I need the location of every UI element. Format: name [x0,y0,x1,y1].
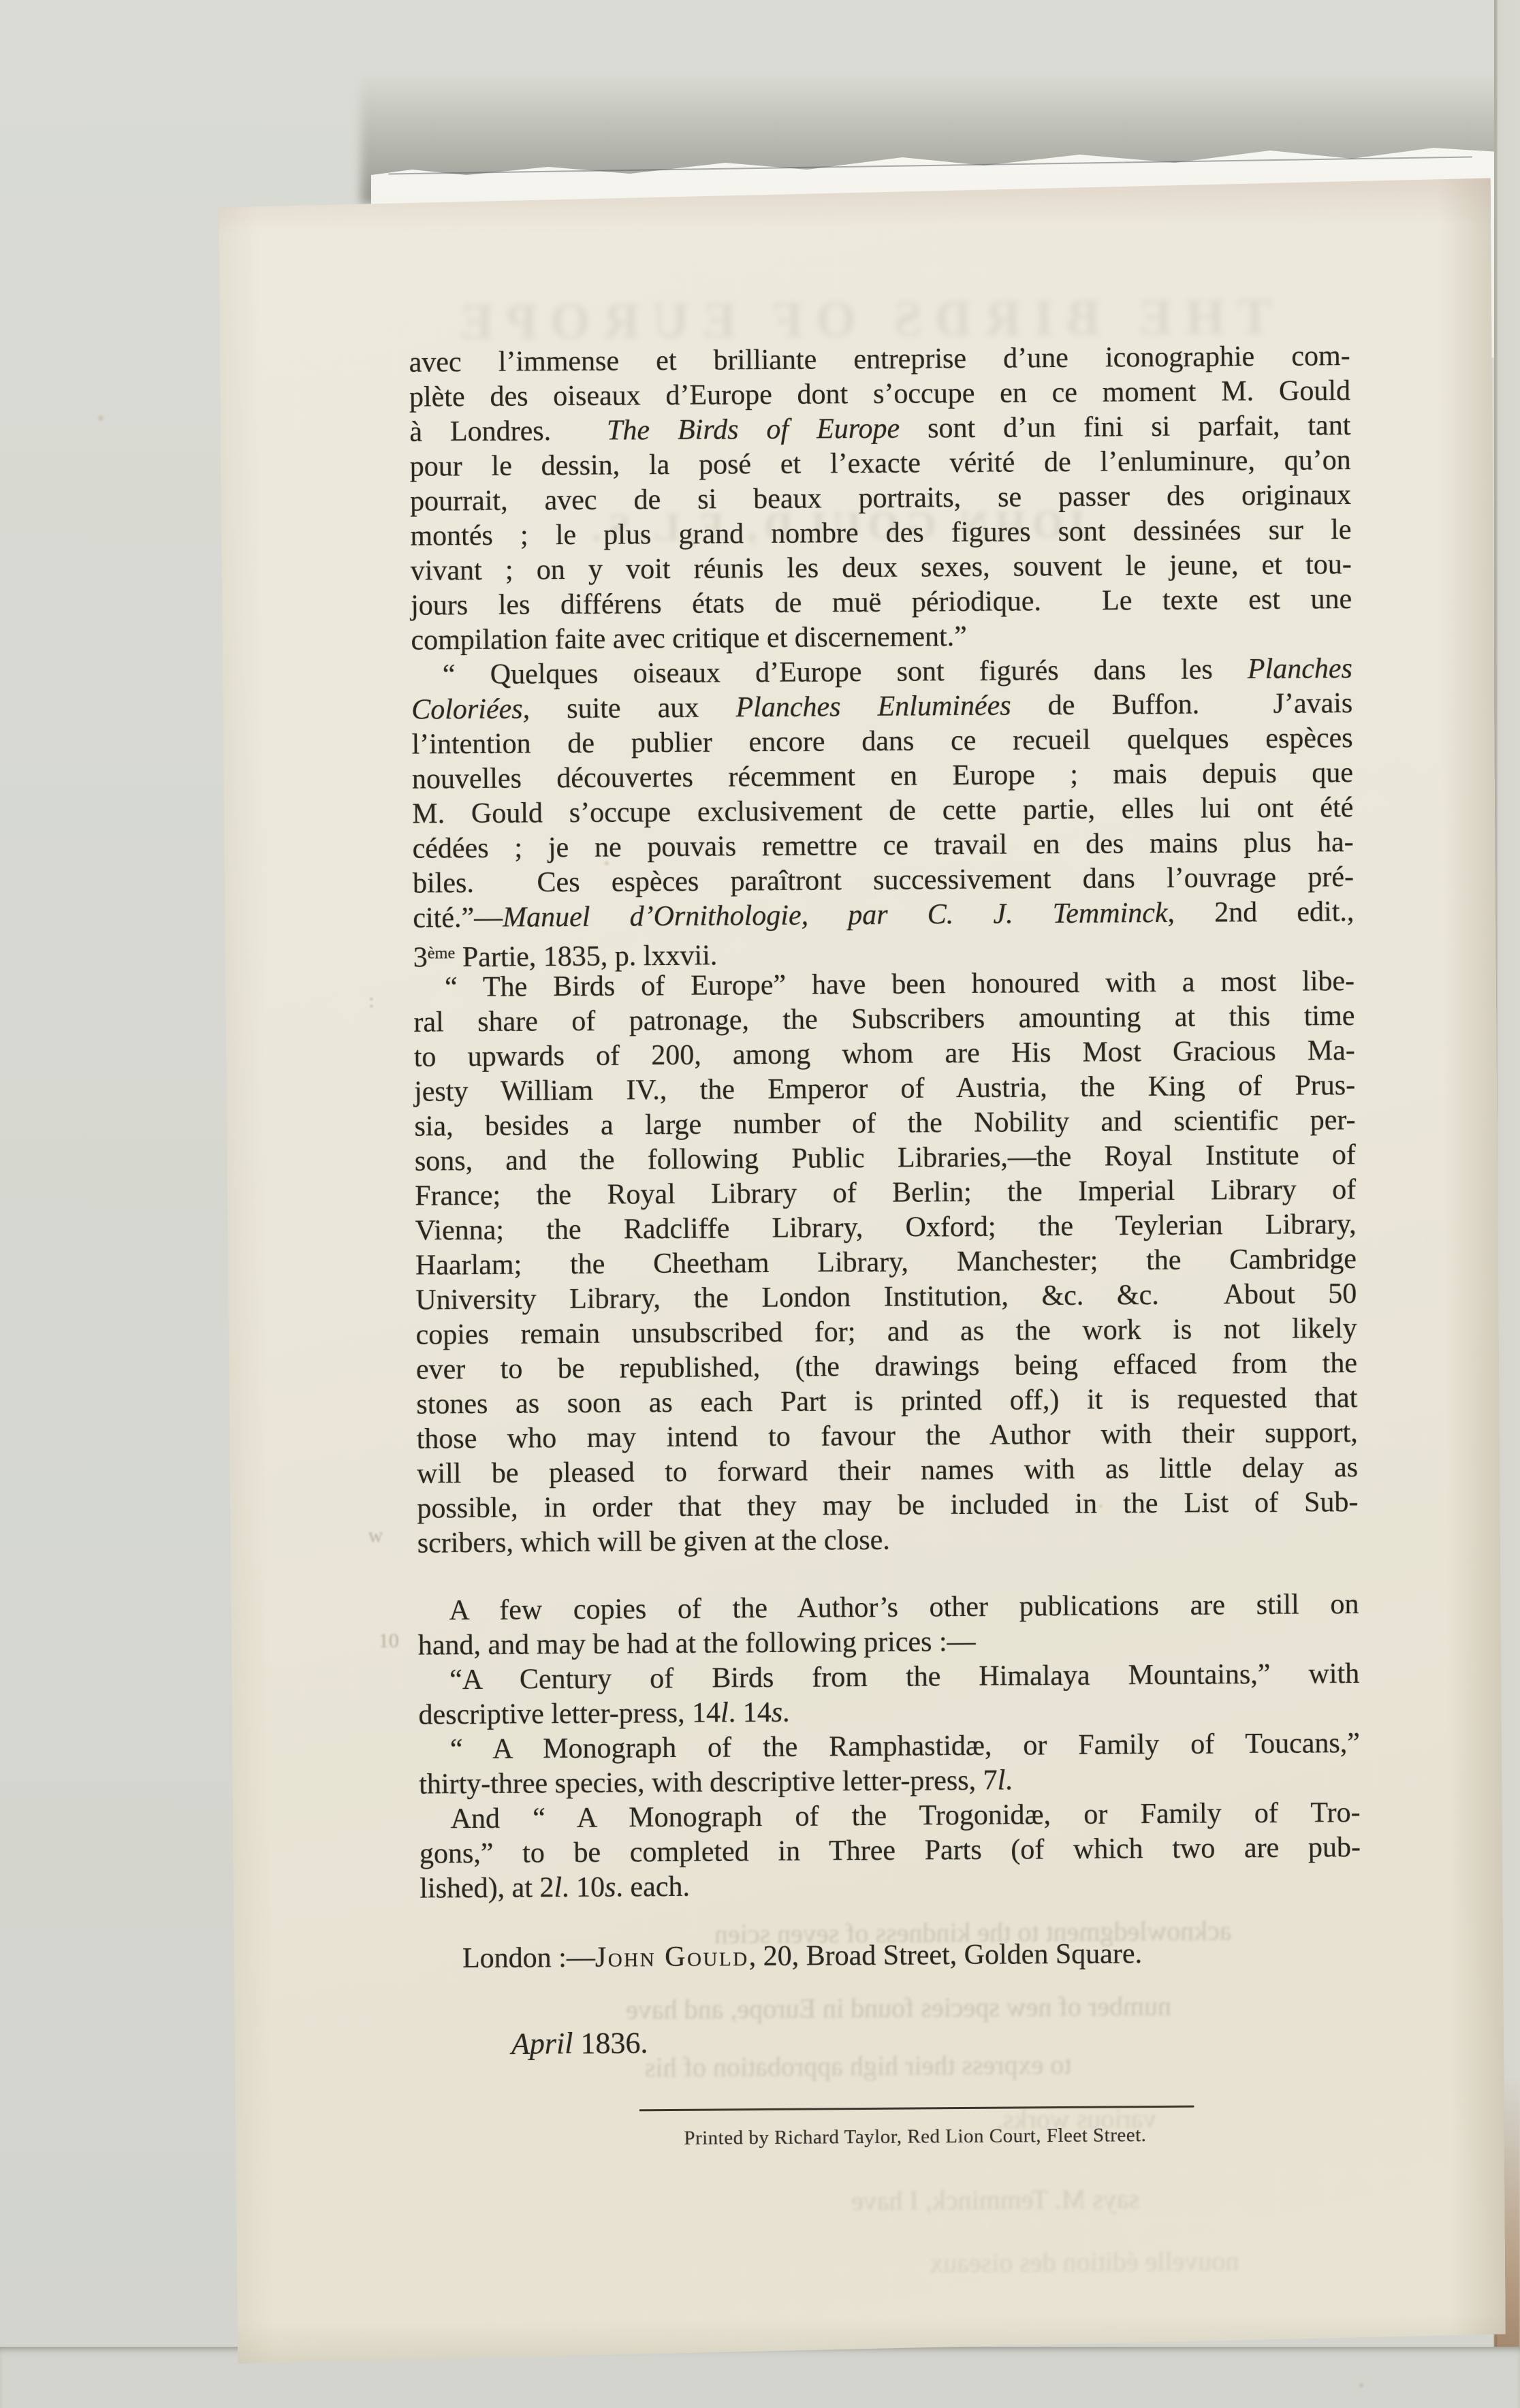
paragraph: “ A Monograph of the Ramphastidæ, or Fam… [419,1726,1361,1803]
show-through-ghost-line: nouvelle édition des oiseaux [930,2245,1239,2279]
printer-imprint-line: Printed by Richard Taylor, Red Lion Cour… [445,2123,1386,2152]
text-line: A few copies of the Author’s other publi… [417,1587,1359,1629]
bottom-sheet-strip [0,2347,1520,2408]
date-line: April 1836. [421,2019,1362,2063]
margin-ink-mark: : [368,989,375,1013]
text-line: “A Century of Birds from the Himalaya Mo… [418,1657,1359,1698]
foxing-spot [1358,2382,1365,2389]
text-segment: John Gould [595,1941,749,1974]
text-line: possible, in order that they may be incl… [417,1485,1358,1527]
photo-background: THE BIRDS OF EUROPE JOHN GOULD, F.L.S. a… [0,0,1520,2408]
text-segment: Planches Enluminées [735,690,1011,723]
text-segment: l [997,1765,1005,1796]
text-segment: April [511,2027,573,2061]
margin-ink-mark: w [368,1524,383,1547]
show-through-ghost-line: says M. Temminck, I have [851,2183,1139,2217]
text-segment: ème [428,944,456,962]
paragraph: “ Quelques oiseaux d’Europe sont figurés… [411,652,1355,971]
text-segment: Coloriées, [411,693,530,725]
text-segment: Manuel d’Ornithologie, par C. J. Temminc… [503,898,1168,934]
paragraph: avec l’immense et brilliante entreprise … [409,339,1352,659]
text-line: scribers, which will be given at the clo… [417,1520,1359,1562]
foxing-spot [97,414,105,422]
paragraph: And “ A Monograph of the Trogonidæ, or F… [419,1796,1361,1907]
publisher-imprint-line: London :—John Gould, 20, Broad Street, G… [420,1935,1361,1977]
text-segment: s [772,1697,783,1728]
text-line: cité.”—Manuel d’Ornithologie, par C. J. … [413,895,1354,936]
text-line: “ A Monograph of the Ramphastidæ, or Fam… [419,1726,1360,1768]
scanned-book-page: THE BIRDS OF EUROPE JOHN GOULD, F.L.S. a… [219,178,1506,2364]
footer-rule [639,2106,1194,2112]
text-segment: l [554,1872,562,1903]
margin-ink-mark: 10 [379,1630,399,1653]
text-segment: Planches [1248,653,1352,685]
text-segment: The Birds of Europe [607,413,900,447]
text-segment: s [605,1872,616,1903]
text-line: jours les différens états de muë périodi… [411,582,1352,624]
text-segment: l [721,1697,729,1728]
text-line: lished), at 2l. 10s. each. [419,1865,1361,1907]
text-block: avec l’immense et brilliante entreprise … [409,339,1363,2152]
paragraph: “ The Birds of Europe” have been honoure… [413,964,1359,1562]
paragraph: “A Century of Birds from the Himalaya Mo… [418,1657,1360,1733]
paragraph: A few copies of the Author’s other publi… [417,1587,1359,1664]
text-line: gons,” to be completed in Three Parts (o… [419,1831,1361,1872]
printer-footer: Printed by Richard Taylor, Red Lion Cour… [422,2104,1363,2152]
